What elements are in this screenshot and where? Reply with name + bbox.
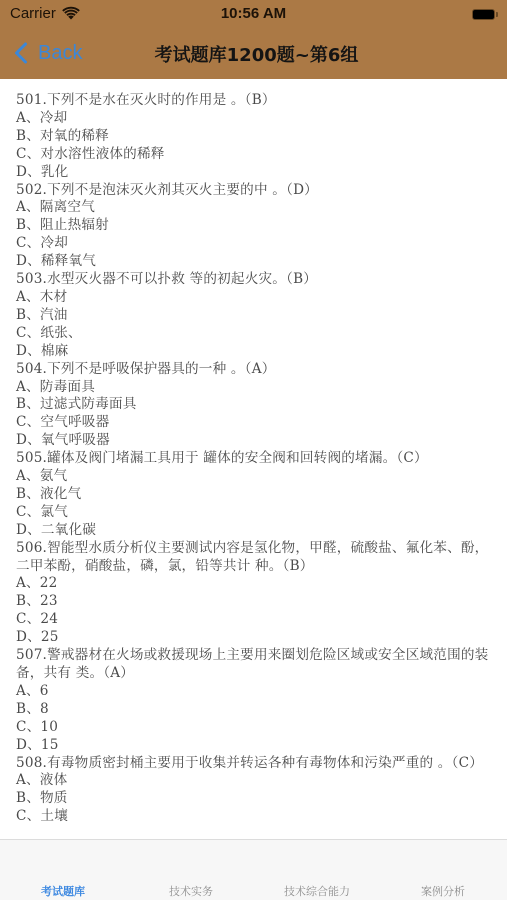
- question-block: 503.水型灭火器不可以扑救 等的初起火灾。（B） A、木材 B、汽油 C、纸张…: [0, 271, 507, 361]
- navigation-bar: Back 考试题库1200题~第6组: [0, 28, 507, 79]
- question-text: 502.下列不是泡沫灭火剂其灭火主要的中 。（D）: [0, 182, 507, 200]
- option-d: D、氧气呼吸器: [0, 432, 507, 450]
- option-d: D、15: [0, 737, 507, 755]
- option-d: D、乳化: [0, 164, 507, 182]
- tab-case-analysis[interactable]: 案例分析: [393, 883, 493, 899]
- question-block: 507.警戒器材在火场或救援现场上主要用来圈划危险区域或安全区域范围的装备，共有…: [0, 647, 507, 754]
- question-text: 503.水型灭火器不可以扑救 等的初起火灾。（B）: [0, 271, 507, 289]
- tab-technical-ability[interactable]: 技术综合能力: [267, 883, 367, 899]
- option-a: A、冷却: [0, 110, 507, 128]
- option-c: C、冷却: [0, 235, 507, 253]
- option-d: D、棉麻: [0, 343, 507, 361]
- option-a: A、防毒面具: [0, 379, 507, 397]
- tab-technical-practice[interactable]: 技术实务: [141, 883, 241, 899]
- option-c: C、纸张、: [0, 325, 507, 343]
- option-b: B、物质: [0, 790, 507, 808]
- page-title: 考试题库1200题~第6组: [0, 41, 507, 67]
- question-block: 501.下列不是水在灭火时的作用是 。（B） A、冷却 B、对氧的稀释 C、对水…: [0, 92, 507, 182]
- option-d: D、二氧化碳: [0, 522, 507, 540]
- option-b: B、液化气: [0, 486, 507, 504]
- question-text: 504.下列不是呼吸保护器具的一种 。（A）: [0, 361, 507, 379]
- option-a: A、木材: [0, 289, 507, 307]
- battery-tip: [496, 12, 498, 17]
- option-b: B、汽油: [0, 307, 507, 325]
- option-b: B、8: [0, 701, 507, 719]
- option-b: B、23: [0, 593, 507, 611]
- question-text: 506.智能型水质分析仪主要测试内容是氢化物，甲醛，硫酸盐、氟化苯、酚，二甲苯酚…: [0, 540, 507, 576]
- option-a: A、隔离空气: [0, 199, 507, 217]
- top-bar: Carrier 10:56 AM Back 考试题库1200题~第6组: [0, 0, 507, 79]
- battery-icon: [472, 9, 495, 20]
- question-block: 504.下列不是呼吸保护器具的一种 。（A） A、防毒面具 B、过滤式防毒面具 …: [0, 361, 507, 451]
- option-c: C、氯气: [0, 504, 507, 522]
- question-text: 505.罐体及阀门堵漏工具用于 罐体的安全阀和回转阀的堵漏。（C）: [0, 450, 507, 468]
- option-b: B、对氧的稀释: [0, 128, 507, 146]
- question-block: 506.智能型水质分析仪主要测试内容是氢化物，甲醛，硫酸盐、氟化苯、酚，二甲苯酚…: [0, 540, 507, 647]
- option-c: C、10: [0, 719, 507, 737]
- option-a: A、22: [0, 575, 507, 593]
- option-d: D、稀释氧气: [0, 253, 507, 271]
- option-c: C、对水溶性液体的稀释: [0, 146, 507, 164]
- option-d: D、25: [0, 629, 507, 647]
- question-list[interactable]: 501.下列不是水在灭火时的作用是 。（B） A、冷却 B、对氧的稀释 C、对水…: [0, 79, 507, 839]
- status-bar: Carrier 10:56 AM: [0, 0, 507, 28]
- option-c: C、24: [0, 611, 507, 629]
- question-text: 507.警戒器材在火场或救援现场上主要用来圈划危险区域或安全区域范围的装备，共有…: [0, 647, 507, 683]
- option-a: A、6: [0, 683, 507, 701]
- option-a: A、液体: [0, 772, 507, 790]
- tab-bar: 考试题库 技术实务 技术综合能力 案例分析: [0, 839, 507, 900]
- option-b: B、阻止热辐射: [0, 217, 507, 235]
- question-text: 501.下列不是水在灭火时的作用是 。（B）: [0, 92, 507, 110]
- status-time: 10:56 AM: [0, 5, 507, 22]
- question-block: 508.有毒物质密封桶主要用于收集并转运各种有毒物体和污染严重的 。（C） A、…: [0, 755, 507, 827]
- question-block: 502.下列不是泡沫灭火剂其灭火主要的中 。（D） A、隔离空气 B、阻止热辐射…: [0, 182, 507, 272]
- question-block: 505.罐体及阀门堵漏工具用于 罐体的安全阀和回转阀的堵漏。（C） A、氨气 B…: [0, 450, 507, 540]
- question-text: 508.有毒物质密封桶主要用于收集并转运各种有毒物体和污染严重的 。（C）: [0, 755, 507, 773]
- option-c: C、空气呼吸器: [0, 414, 507, 432]
- option-c: C、土壤: [0, 808, 507, 826]
- option-b: B、过滤式防毒面具: [0, 396, 507, 414]
- tab-exam-bank[interactable]: 考试题库: [13, 883, 113, 899]
- option-a: A、氨气: [0, 468, 507, 486]
